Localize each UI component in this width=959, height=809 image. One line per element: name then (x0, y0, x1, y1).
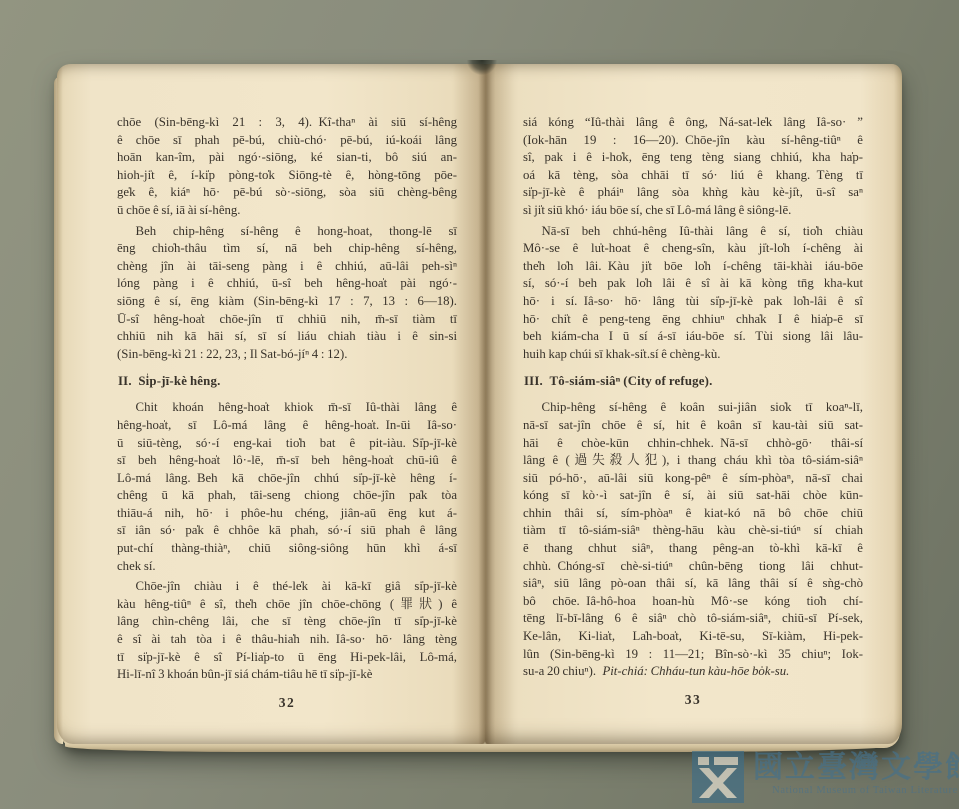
text-line: kàu hêng-tiûⁿ ê sî, the̍h chōe jîn chōe-… (117, 596, 457, 614)
page-number-right: 33 (523, 692, 863, 708)
text-line: sí, só·-í beh pak lo̍h lâi ê sî ài kā kò… (523, 275, 863, 293)
text-line: Ū-sî hêng-hoa̍t chōe-jîn tī chhiū nih, m… (117, 311, 457, 329)
text-line: bô chōe. Iâ-hô-hoa hoan-hù Mô·-se kóng t… (523, 593, 863, 611)
text-line: lóng pàng i ê chhiú, ū-sî beh hêng-hoa̍t… (117, 275, 457, 293)
text-line: the̍h lo̍h lâi. Kàu ji̍t bōe lo̍h í-chên… (523, 258, 863, 276)
paragraph: Nā-sī beh chhú-hêng Iû-thài lâng ê sí, t… (523, 223, 863, 364)
text-line: chêng ū kā phah, tāi-seng chiong chōe-jî… (117, 487, 457, 505)
text-line: hāi ê chòe-kūn chhin-chhek. Nā-sī chhò-g… (523, 435, 863, 453)
museum-watermark: 國立臺灣文學館 National Museum of Taiwan Litera… (692, 751, 959, 803)
text-line: put-chí thàng-thiàⁿ, chiū siông-siông hū… (117, 540, 457, 558)
text-line: hō· chi̍t ê peng-teng ēng chhiuⁿ chha̍k … (523, 311, 863, 329)
text-line: Chōe-jîn chiàu i ê thé-le̍k ài kā-kī giâ… (117, 578, 457, 596)
text-line: chōe (Sin-bēng-kì 21 : 3, 4). Kî-thaⁿ ài… (117, 114, 457, 132)
book-scan-photo: chōe (Sin-bēng-kì 21 : 3, 4). Kî-thaⁿ ài… (0, 0, 959, 809)
text-line: lâng chìn-chêng lâi, che sī tèng chōe-jî… (117, 613, 457, 631)
text-line: chek sí. (117, 558, 457, 576)
page-right: siá kóng “Iû-thài lâng ê ông, Ná-sat-le̍… (485, 64, 902, 744)
text-line: Chip-hêng sí-hêng ê koân sui-jiân sio̍k … (523, 399, 863, 417)
text-line: ê chōe sī phah pē-bú, chiù-chó· pē-bú, i… (117, 132, 457, 150)
text-line: ēng chio̍h-thâu tìm sí, nā beh chip-hêng… (117, 240, 457, 258)
text-line: Ke-lân, Ki-lia̍t, La̍h-boa̍t, Ki-tē-su, … (523, 628, 863, 646)
text-line: ū siū-tèng, só·-í eng-kai tio̍h bat ê pi… (117, 435, 457, 453)
book-gutter-notch (467, 60, 497, 75)
text-line: kóng sī kò·-ì sat-jîn ê sí, ài siū sat-h… (523, 487, 863, 505)
text-line: Lô-má lâng. Beh kā chōe-jîn chhú si̍p-jī… (117, 470, 457, 488)
text-line: chhù. Chóng-sī chè-si-tiúⁿ chûn-bēng tio… (523, 558, 863, 576)
text-line: sī iân só· pa̍k ê chhôe kā phah, só·-í s… (117, 522, 457, 540)
text-line: oá kā tèng, sòa chhāi tī só· liú ê khang… (523, 167, 863, 185)
text-line: sî, pak i ê i-ho̍k, ēng teng tèng siang … (523, 149, 863, 167)
paragraph: Chit khoán hêng-hoa̍t khiok m̄-sī Iû-thà… (117, 399, 457, 575)
text-line: tī si̍p-jī-kè ê sî Pí-lia̍p-to ū ēng Hi-… (117, 649, 457, 667)
museum-title-zh: 國立臺灣文學館 (753, 751, 959, 786)
text-line: Hi-lī-nî 3 khoán bûn-jī siá chám-tiâu hē… (117, 666, 457, 684)
page-left-blocks: chōe (Sin-bēng-kì 21 : 3, 4). Kî-thaⁿ ài… (117, 114, 457, 684)
book-gutter-shadow (453, 64, 519, 744)
text-line: su-a 20 chiuⁿ). Pit-chiá: Chháu-tun kàu-… (523, 663, 863, 681)
paragraph: Chip-hêng sí-hêng ê koân sui-jiân sio̍k … (523, 399, 863, 681)
page-right-blocks: siá kóng “Iû-thài lâng ê ông, Ná-sat-le̍… (523, 114, 863, 681)
text-line: (Iok-hān 19 : 16—20). Chōe-jîn kàu sí-hê… (523, 132, 863, 150)
text-line: chèng jîn ài tāi-seng pàng i ê chhiú, aū… (117, 258, 457, 276)
paragraph: Beh chip-hêng sí-hêng ê hong-hoat, thong… (117, 223, 457, 364)
page-left: chōe (Sin-bēng-kì 21 : 3, 4). Kî-thaⁿ ài… (57, 64, 485, 744)
section-heading: II. Si̍p-jī-kè hêng. (118, 371, 457, 392)
museum-title-en: National Museum of Taiwan Literature (772, 785, 958, 796)
paragraph: siá kóng “Iû-thài lâng ê ông, Ná-sat-le̍… (523, 114, 863, 220)
text-line: siōng ê sí, ēng kiàm (Sin-bēng-kì 17 : 7… (117, 293, 457, 311)
text-line: beh kiám-cha I ū sí á-sī iáu-bōe sí. Tùi… (523, 328, 863, 346)
text-line: ge̍k ê, kiáⁿ hō· pē-bú sò·-siōng, sòa si… (117, 184, 457, 202)
text-line: thiāu-á nih, hō· i phôe-hu chéng, jiân-a… (117, 505, 457, 523)
text-line: Mô·-se ê lu̍t-hoat ê cheng-sîn, kàu ji̍t… (523, 240, 863, 258)
page-left-text: chōe (Sin-bēng-kì 21 : 3, 4). Kî-thaⁿ ài… (117, 114, 457, 711)
text-line: (Sin-bēng-kì 21 : 22, 23, ; Il Sat-bó-jí… (117, 346, 457, 364)
text-line: Beh chip-hêng sí-hêng ê hong-hoat, thong… (117, 223, 457, 241)
open-book: chōe (Sin-bēng-kì 21 : 3, 4). Kî-thaⁿ ài… (57, 64, 902, 744)
text-line: chhiū nih kā hāi sí, sī sí liáu chiah ti… (117, 328, 457, 346)
text-line: hoān kan-îm, pài ngó·-siōng, ké sian-ti,… (117, 149, 457, 167)
page-number-left: 32 (117, 695, 457, 711)
text-line: tiàm tī tô-siám-siâⁿ thèng-hāu kàu chè-s… (523, 522, 863, 540)
text-line: hêng-hoa̍t, sī Lô-má lâng ê hêng-hoa̍t. … (117, 417, 457, 435)
page-right-text: siá kóng “Iû-thài lâng ê ông, Ná-sat-le̍… (523, 114, 863, 708)
text-line: siá kóng “Iû-thài lâng ê ông, Ná-sat-le̍… (523, 114, 863, 132)
text-line: tēng lī-bī-lâng 6 ê siâⁿ chò tô-siám-siâ… (523, 610, 863, 628)
text-line: ê sî ài tah tòa i ê thâu-hia̍h nih. Iâ-s… (117, 631, 457, 649)
text-line: chhin thâi sí, sím-phòaⁿ ê kiat-kó nā bô… (523, 505, 863, 523)
text-line: sì ji̍t siū khó· iáu bōe sí, che sī Lô-m… (523, 202, 863, 220)
text-line: siū pó-hō·, aū-lâi siū kong-pêⁿ ê sím-ph… (523, 470, 863, 488)
text-line: nā-sī sat-jîn chōe ê sí, hit ê koân sī k… (523, 417, 863, 435)
text-line: si̍p-jī-kè ê pháiⁿ lâng sòa khǹg kàu kè-… (523, 184, 863, 202)
text-line: Nā-sī beh chhú-hêng Iû-thài lâng ê sí, t… (523, 223, 863, 241)
paragraph: chōe (Sin-bēng-kì 21 : 3, 4). Kî-thaⁿ ài… (117, 114, 457, 220)
nmtl-museum-logo-icon (692, 751, 744, 803)
text-line: sī beh hêng-hoa̍t lô·-lē, m̄-sī beh hêng… (117, 452, 457, 470)
text-line: hioh-ji̍t ê, í-ki̍p pòng-to̍k Siōng-tè ê… (117, 167, 457, 185)
museum-watermark-text: 國立臺灣文學館 National Museum of Taiwan Litera… (753, 751, 959, 796)
text-line: lâng ê (過失殺人犯), i thang cháu khì tòa tô-… (523, 452, 863, 470)
paragraph: Chōe-jîn chiàu i ê thé-le̍k ài kā-kī giâ… (117, 578, 457, 684)
text-line: hō· i sí. Iâ-so· hō· lâng tùi si̍p-jī-kè… (523, 293, 863, 311)
text-line: lûn (Sin-bēng-kì 19 : 11—21; Bîn-sò·-kì … (523, 646, 863, 664)
text-line: huih kap chúi sī khak-si̍t.sí ê chèng-kù… (523, 346, 863, 364)
text-line: ē thang chhut siâⁿ, thang pêng-an tò-khì… (523, 540, 863, 558)
text-line: Chit khoán hêng-hoa̍t khiok m̄-sī Iû-thà… (117, 399, 457, 417)
text-line: siâⁿ, siū lâng pò-oan thâi sí, kā lâng t… (523, 575, 863, 593)
text-line: ū chōe ê sí, iā ài sí-hêng. (117, 202, 457, 220)
section-heading: III. Tô-siám-siâⁿ (City of refuge). (524, 371, 863, 392)
